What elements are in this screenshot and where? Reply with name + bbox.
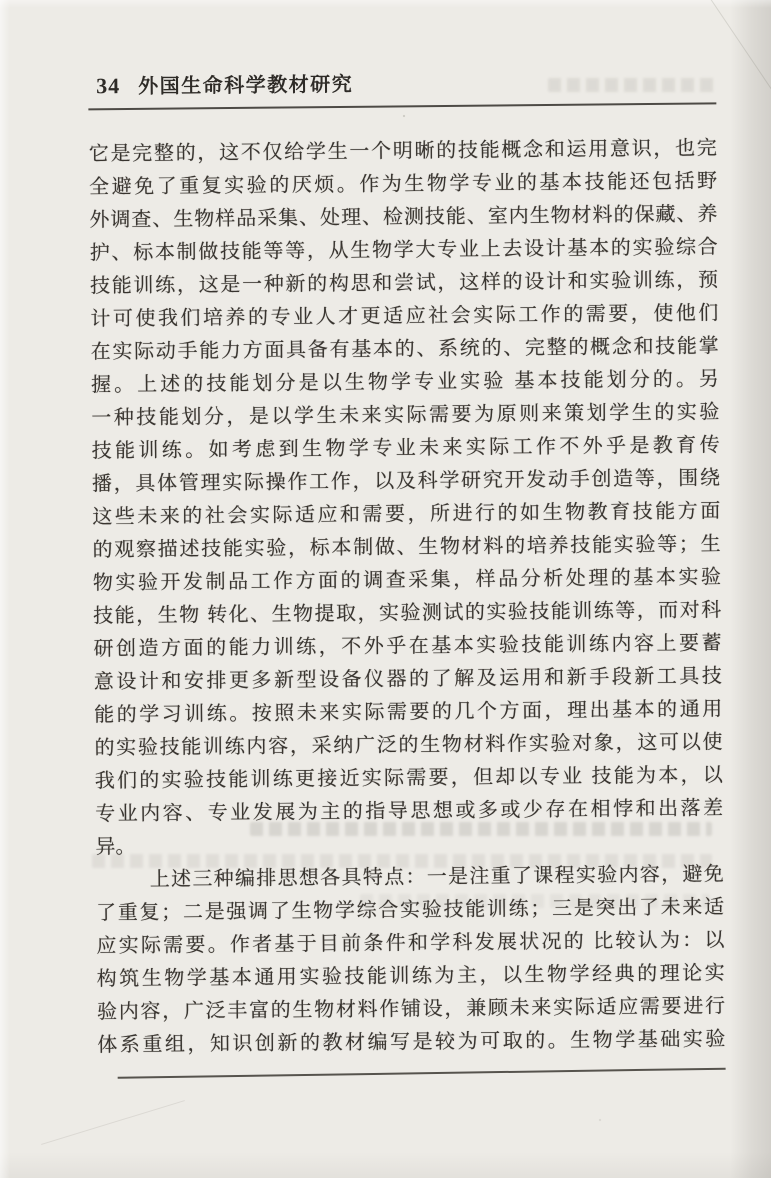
- running-header: 34 外国生命科学教材研究: [88, 64, 716, 99]
- page-number: 34: [96, 73, 120, 99]
- page-content: 34 外国生命科学教材研究 它是完整的，这不仅给学生一个明晰的技能概念和运用意识…: [88, 64, 726, 1077]
- text-line: 专业内容、专业发展为主的指导思想或多或少存在相悖和出落差: [95, 792, 723, 831]
- book-title: 外国生命科学教材研究: [138, 68, 353, 99]
- header-rule: [88, 102, 716, 110]
- body-text: 它是完整的，这不仅给学生一个明晰的技能概念和运用意识，也完全避免了重复实验的厌烦…: [89, 132, 726, 1062]
- text-line: 体系重组，知识创新的教材编写是较为可取的。生物学基础实验: [97, 1023, 725, 1062]
